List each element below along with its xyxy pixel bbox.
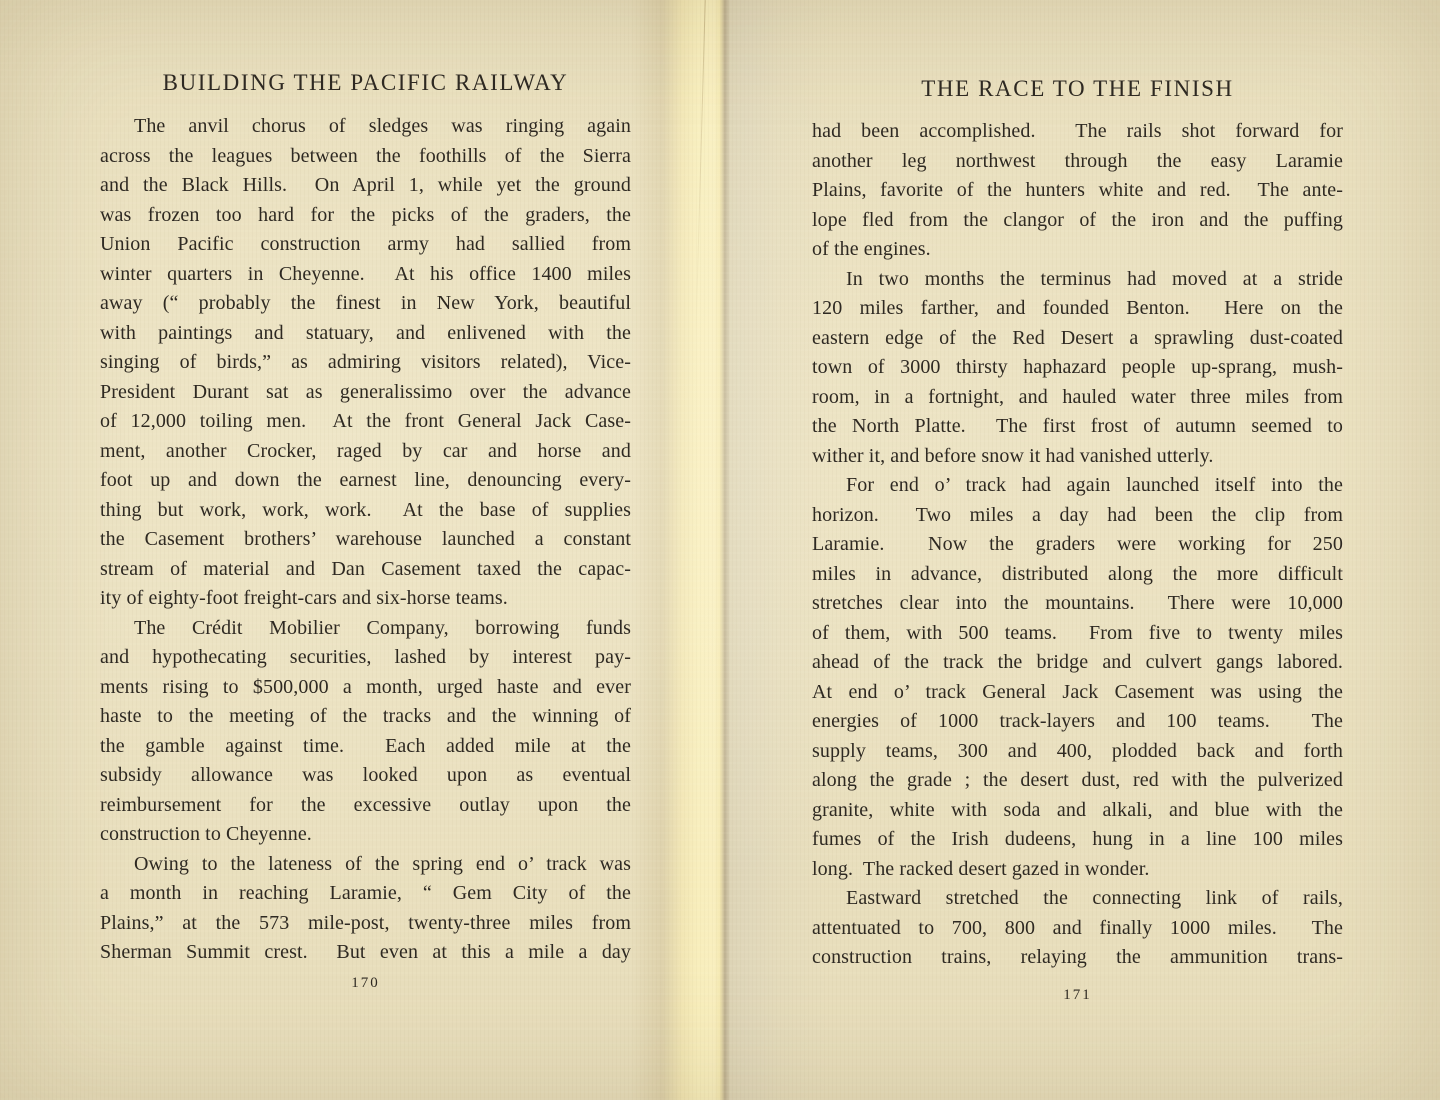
- text-line: stream of material and Dan Casement taxe…: [100, 555, 631, 585]
- text-line: construction to Cheyenne.: [100, 820, 631, 850]
- text-line: singing of birds,” as admiring visitors …: [100, 348, 631, 378]
- text-line: subsidy allowance was looked upon as eve…: [100, 761, 631, 791]
- text-line: with paintings and statuary, and enliven…: [100, 319, 631, 349]
- text-line: supply teams, 300 and 400, plodded back …: [812, 737, 1343, 767]
- text-line: foot up and down the earnest line, denou…: [100, 466, 631, 496]
- text-line: of the engines.: [812, 235, 1343, 265]
- text-line: ity of eighty-foot freight-cars and six-…: [100, 584, 631, 614]
- text-line: of them, with 500 teams. From five to tw…: [812, 619, 1343, 649]
- text-line: had been accomplished. The rails shot fo…: [812, 117, 1343, 147]
- text-line: Plains,” at the 573 mile-post, twenty-th…: [100, 909, 631, 939]
- text-line: fumes of the Irish dudeens, hung in a li…: [812, 825, 1343, 855]
- left-running-head: BUILDING THE PACIFIC RAILWAY: [100, 70, 631, 96]
- text-line: President Durant sat as generalissimo ov…: [100, 378, 631, 408]
- text-line: and the Black Hills. On April 1, while y…: [100, 171, 631, 201]
- text-line: Plains, favorite of the hunters white an…: [812, 176, 1343, 206]
- text-line: Eastward stretched the connecting link o…: [812, 884, 1343, 914]
- text-line: along the grade ; the desert dust, red w…: [812, 766, 1343, 796]
- text-line: attentuated to 700, 800 and finally 1000…: [812, 914, 1343, 944]
- text-line: ahead of the track the bridge and culver…: [812, 648, 1343, 678]
- text-line: a month in reaching Laramie, “ Gem City …: [100, 879, 631, 909]
- text-line: stretches clear into the mountains. Ther…: [812, 589, 1343, 619]
- text-line: eastern edge of the Red Desert a sprawli…: [812, 324, 1343, 354]
- text-line: the Casement brothers’ warehouse launche…: [100, 525, 631, 555]
- text-line: wither it, and before snow it had vanish…: [812, 442, 1343, 472]
- text-line: Sherman Summit crest. But even at this a…: [100, 938, 631, 968]
- right-page-number: 171: [812, 987, 1343, 1004]
- text-line: Laramie. Now the graders were working fo…: [812, 530, 1343, 560]
- text-line: miles in advance, distributed along the …: [812, 560, 1343, 590]
- text-line: granite, white with soda and alkali, and…: [812, 796, 1343, 826]
- text-line: winter quarters in Cheyenne. At his offi…: [100, 260, 631, 290]
- right-page-body: had been accomplished. The rails shot fo…: [812, 117, 1343, 973]
- text-line: across the leagues between the foothills…: [100, 142, 631, 172]
- text-line: thing but work, work, work. At the base …: [100, 496, 631, 526]
- text-line: At end o’ track General Jack Casement wa…: [812, 678, 1343, 708]
- text-line: 120 miles farther, and founded Benton. H…: [812, 294, 1343, 324]
- text-line: town of 3000 thirsty haphazard people up…: [812, 353, 1343, 383]
- text-line: ment, another Crocker, raged by car and …: [100, 437, 631, 467]
- text-line: In two months the terminus had moved at …: [812, 265, 1343, 295]
- text-line: room, in a fortnight, and hauled water t…: [812, 383, 1343, 413]
- text-line: haste to the meeting of the tracks and t…: [100, 702, 631, 732]
- book-spread: BUILDING THE PACIFIC RAILWAY The anvil c…: [0, 0, 1440, 1100]
- text-line: Owing to the lateness of the spring end …: [100, 850, 631, 880]
- text-line: construction trains, relaying the ammuni…: [812, 943, 1343, 973]
- text-line: ments rising to $500,000 a month, urged …: [100, 673, 631, 703]
- text-line: another leg northwest through the easy L…: [812, 147, 1343, 177]
- text-line: the North Platte. The first frost of aut…: [812, 412, 1343, 442]
- text-line: horizon. Two miles a day had been the cl…: [812, 501, 1343, 531]
- text-line: and hypothecating securities, lashed by …: [100, 643, 631, 673]
- left-page-body: The anvil chorus of sledges was ringing …: [100, 112, 631, 968]
- text-line: lope fled from the clangor of the iron a…: [812, 206, 1343, 236]
- text-line: The anvil chorus of sledges was ringing …: [100, 112, 631, 142]
- text-line: away (“ probably the finest in New York,…: [100, 289, 631, 319]
- text-line: Union Pacific construction army had sall…: [100, 230, 631, 260]
- text-line: energies of 1000 track-layers and 100 te…: [812, 707, 1343, 737]
- right-running-head: THE RACE TO THE FINISH: [812, 76, 1343, 102]
- text-line: The Crédit Mobilier Company, borrowing f…: [100, 614, 631, 644]
- text-line: was frozen too hard for the picks of the…: [100, 201, 631, 231]
- text-line: of 12,000 toiling men. At the front Gene…: [100, 407, 631, 437]
- text-line: long. The racked desert gazed in wonder.: [812, 855, 1343, 885]
- text-line: For end o’ track had again launched itse…: [812, 471, 1343, 501]
- left-page-number: 170: [100, 975, 631, 992]
- text-line: reimbursement for the excessive outlay u…: [100, 791, 631, 821]
- page-layer: BUILDING THE PACIFIC RAILWAY The anvil c…: [0, 0, 1440, 1100]
- text-line: the gamble against time. Each added mile…: [100, 732, 631, 762]
